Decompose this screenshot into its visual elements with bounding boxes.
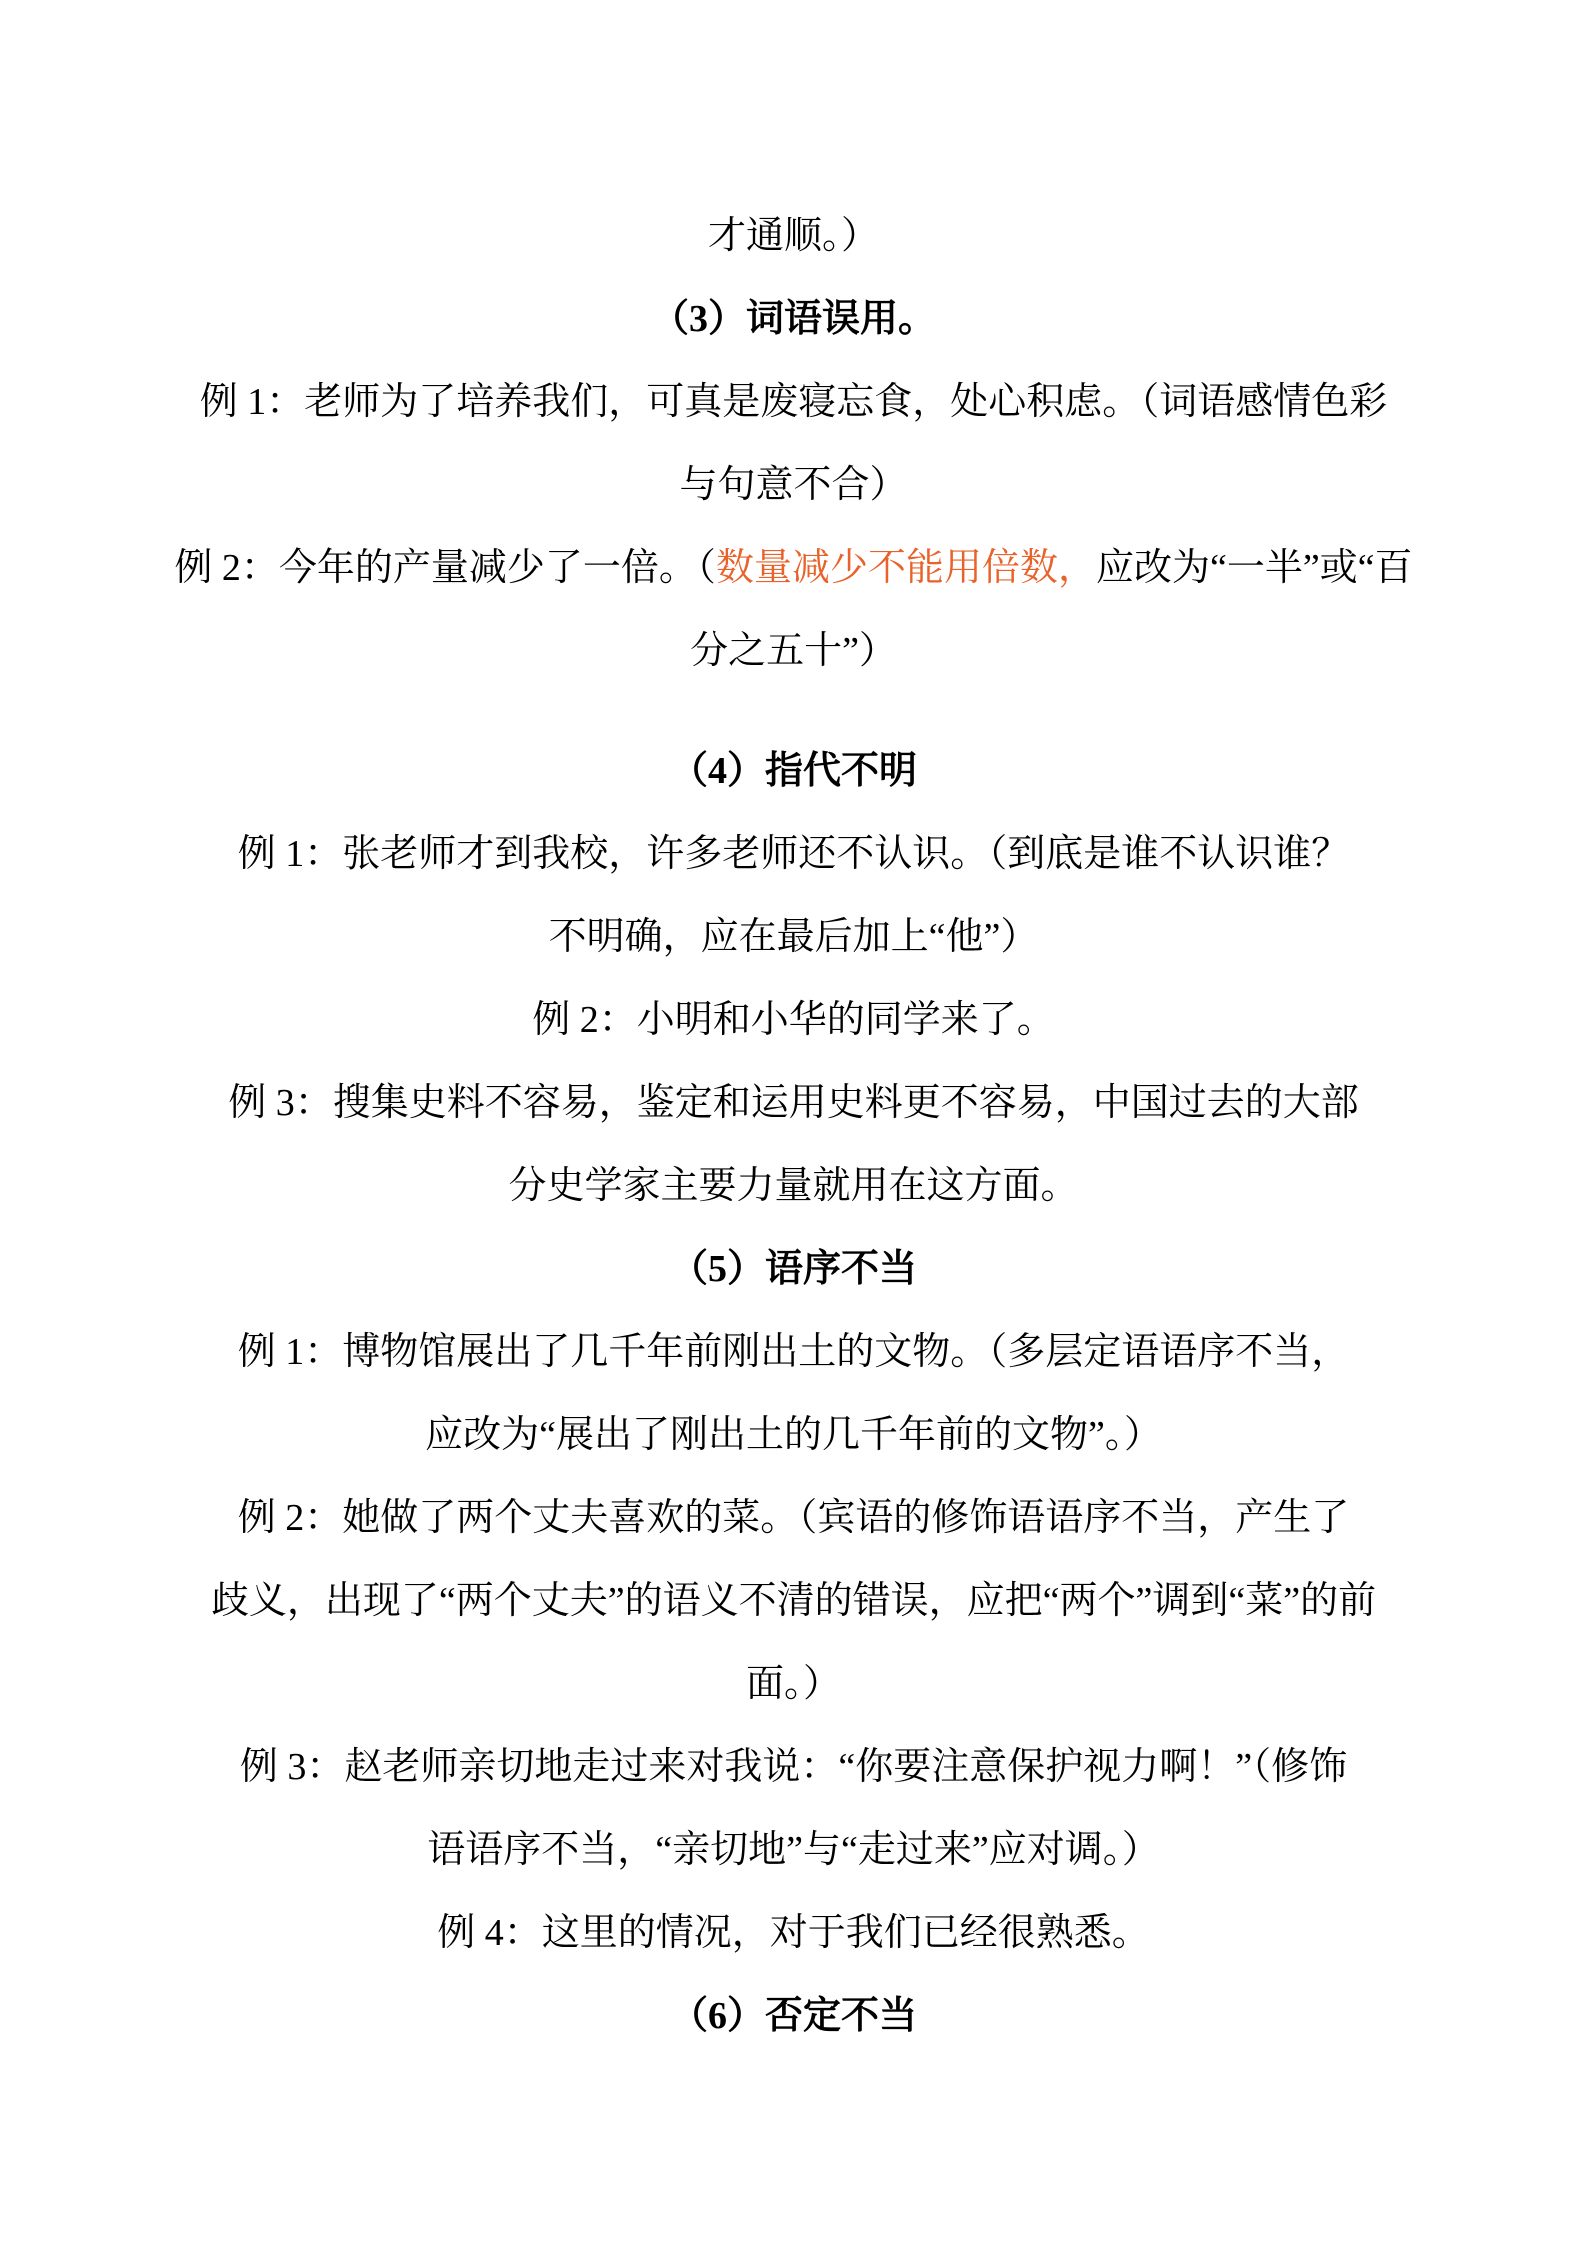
text-run: 例 2：她做了两个丈夫喜欢的菜。（宾语的修饰语语序不当，产生了 bbox=[238, 1486, 1350, 1541]
document-line: 面。） bbox=[142, 1638, 1445, 1721]
document-line: 例 1：博物馆展出了几千年前刚出土的文物。（多层定语语序不当， bbox=[142, 1306, 1445, 1389]
document-line: 语语序不当，“亲切地”与“走过来”应对调。） bbox=[142, 1804, 1445, 1887]
text-run: 分史学家主要力量就用在这方面。 bbox=[508, 1154, 1078, 1209]
section-heading: （6）否定不当 bbox=[142, 1970, 1445, 2053]
section-gap bbox=[142, 688, 1445, 725]
document-line: 才通顺。） bbox=[142, 190, 1445, 273]
text-run: 例 1：老师为了培养我们，可真是废寝忘食，处心积虑。（词语感情色彩 bbox=[200, 370, 1388, 425]
text-run: （4）指代不明 bbox=[670, 739, 917, 794]
document-line: 歧义，出现了“两个丈夫”的语义不清的错误，应把“两个”调到“菜”的前 bbox=[142, 1555, 1445, 1638]
document-line: 与句意不合） bbox=[142, 439, 1445, 522]
text-run: 歧义，出现了“两个丈夫”的语义不清的错误，应把“两个”调到“菜”的前 bbox=[211, 1569, 1376, 1624]
text-run: 应改为“展出了刚出土的几千年前的文物”。） bbox=[425, 1403, 1162, 1458]
text-run: 例 4：这里的情况，对于我们已经很熟悉。 bbox=[437, 1901, 1150, 1956]
document-line: 例 2：她做了两个丈夫喜欢的菜。（宾语的修饰语语序不当，产生了 bbox=[142, 1472, 1445, 1555]
text-run: 例 2：今年的产量减少了一倍。（ bbox=[174, 536, 716, 591]
text-run: （6）否定不当 bbox=[670, 1984, 917, 2039]
document-line: 分之五十”） bbox=[142, 605, 1445, 688]
text-run: 应改为“一半”或“百 bbox=[1096, 536, 1413, 591]
document-line: 例 1：张老师才到我校，许多老师还不认识。（到底是谁不认识谁？ bbox=[142, 808, 1445, 891]
document-body: 才通顺。）（3）词语误用。例 1：老师为了培养我们，可真是废寝忘食，处心积虑。（… bbox=[142, 190, 1445, 2053]
text-run: 与句意不合） bbox=[679, 453, 907, 508]
document-line: 例 1：老师为了培养我们，可真是废寝忘食，处心积虑。（词语感情色彩 bbox=[142, 356, 1445, 439]
text-run: 例 3：赵老师亲切地走过来对我说：“你要注意保护视力啊！”（修饰 bbox=[240, 1735, 1347, 1790]
text-run: 例 3：搜集史料不容易，鉴定和运用史料更不容易，中国过去的大部 bbox=[228, 1071, 1359, 1126]
text-run: 不明确，应在最后加上“他”） bbox=[549, 905, 1039, 960]
document-line: 例 2：小明和小华的同学来了。 bbox=[142, 974, 1445, 1057]
text-run: （5）语序不当 bbox=[670, 1237, 917, 1292]
section-heading: （4）指代不明 bbox=[142, 725, 1445, 808]
document-line: 例 4：这里的情况，对于我们已经很熟悉。 bbox=[142, 1887, 1445, 1970]
document-line: 不明确，应在最后加上“他”） bbox=[142, 891, 1445, 974]
text-run: 面。） bbox=[746, 1652, 841, 1707]
text-run: 语语序不当，“亲切地”与“走过来”应对调。） bbox=[427, 1818, 1159, 1873]
document-line: 例 3：搜集史料不容易，鉴定和运用史料更不容易，中国过去的大部 bbox=[142, 1057, 1445, 1140]
document-line: 例 2：今年的产量减少了一倍。（数量减少不能用倍数，应改为“一半”或“百 bbox=[142, 522, 1445, 605]
section-heading: （5）语序不当 bbox=[142, 1223, 1445, 1306]
text-run: （3）词语误用。 bbox=[651, 287, 936, 342]
document-line: 例 3：赵老师亲切地走过来对我说：“你要注意保护视力啊！”（修饰 bbox=[142, 1721, 1445, 1804]
text-run: 才通顺。） bbox=[708, 204, 879, 259]
document-line: 应改为“展出了刚出土的几千年前的文物”。） bbox=[142, 1389, 1445, 1472]
text-run: 分之五十”） bbox=[690, 619, 897, 674]
highlighted-annotation-text: 数量减少不能用倍数， bbox=[716, 536, 1096, 591]
document-line: 分史学家主要力量就用在这方面。 bbox=[142, 1140, 1445, 1223]
text-run: 例 1：张老师才到我校，许多老师还不认识。（到底是谁不认识谁？ bbox=[238, 822, 1350, 877]
text-run: 例 1：博物馆展出了几千年前刚出土的文物。（多层定语语序不当， bbox=[238, 1320, 1350, 1375]
section-heading: （3）词语误用。 bbox=[142, 273, 1445, 356]
document-page: 才通顺。）（3）词语误用。例 1：老师为了培养我们，可真是废寝忘食，处心积虑。（… bbox=[0, 0, 1587, 2245]
text-run: 例 2：小明和小华的同学来了。 bbox=[532, 988, 1055, 1043]
